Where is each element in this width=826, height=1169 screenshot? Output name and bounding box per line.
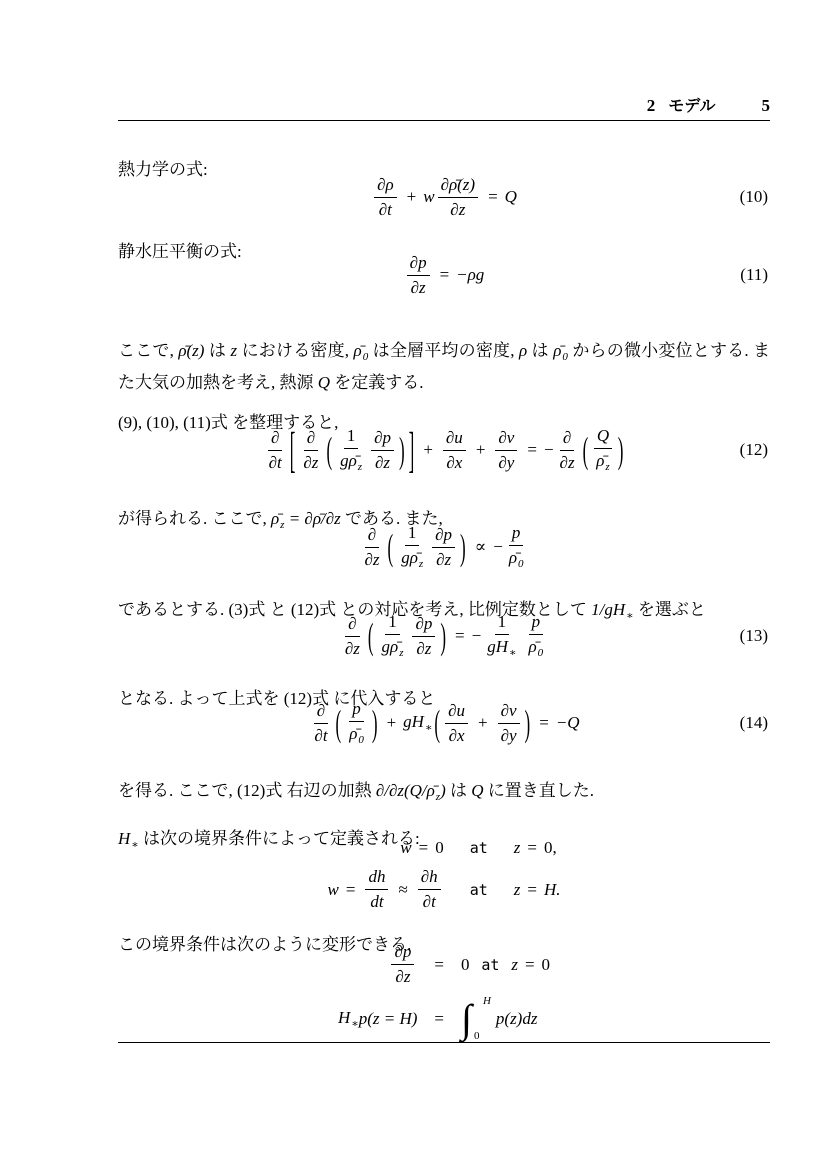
text-segment: を定義する. (330, 373, 424, 392)
fraction-numerator: ∂ (560, 428, 574, 451)
fraction: pρ̄0 (526, 612, 547, 659)
stretchy-delimiter: ( (326, 431, 332, 468)
fraction-numerator: ∂ρ̄(z) (438, 175, 479, 198)
stretchy-delimiter: ) (460, 528, 466, 565)
math-token: at (470, 881, 488, 899)
equation-cell: z=0, (514, 838, 557, 858)
math-token: p(z = H) (359, 1009, 418, 1029)
delimited-expression: (pρ̄0) (334, 699, 380, 746)
math-token: ∂z (303, 453, 318, 472)
stretchy-delimiter: ) (618, 431, 624, 468)
math-token: ∂z (436, 550, 451, 569)
math-token: ∂x (446, 453, 462, 472)
fraction-numerator: ∂v (498, 701, 520, 724)
inline-math: Q (471, 781, 483, 800)
text-segment: は (204, 341, 230, 360)
stretchy-delimiter: ( (388, 528, 394, 565)
inline-math: ρ̄0 (553, 341, 568, 360)
math-token: 0 (435, 838, 444, 858)
text-segment: は (527, 341, 553, 360)
math-token: ρ̄z (596, 451, 609, 470)
fraction-numerator: ∂p (371, 428, 394, 451)
equation-boundary-conditions: w=0atz=0,w=dhdt≈∂h∂tatz=H. (118, 838, 770, 912)
stretchy-delimiter: ( (336, 704, 342, 741)
fraction: ∂u∂x (443, 428, 466, 472)
inline-math: ∂/∂z(Q/ρ̄z (376, 781, 440, 800)
fraction-denominator: ∂z (300, 451, 321, 473)
text-segment: は (446, 781, 472, 800)
math-token: 1 (498, 612, 507, 631)
math-token: ∂z (395, 967, 410, 986)
fraction-numerator: ∂p (391, 942, 414, 965)
math-token: ∂t (314, 726, 327, 745)
equation-cell: at (470, 839, 488, 857)
delimited-expression: [∂∂z(1gρ̄z∂p∂z)] (288, 426, 417, 473)
math-token: ∂x (449, 726, 465, 745)
stretchy-delimiter: ) (372, 704, 378, 741)
math-token: 1 (388, 612, 397, 631)
equation-number: (14) (740, 713, 768, 733)
delimited-expression: (Qρ̄z) (581, 426, 626, 473)
inline-math: ρ̄0 (354, 341, 369, 360)
stretchy-delimiter: ) (440, 617, 446, 654)
math-operator: ≈ (398, 880, 407, 900)
fraction: 1gρ̄z (337, 426, 365, 473)
delimited-expression: (1gρ̄z∂p∂z) (386, 523, 468, 570)
math-token: ∂y (498, 453, 514, 472)
fraction-numerator: ∂p (412, 614, 435, 637)
math-operator: = (419, 838, 429, 858)
equation-body: ∂p∂z=−ρg (404, 253, 485, 297)
math-token: ∂p (415, 614, 432, 633)
math-token: 0 (542, 955, 551, 975)
math-token: ∂v (501, 701, 517, 720)
subscript: z (419, 558, 423, 570)
fraction-numerator: p (509, 523, 524, 546)
equation-number: (12) (740, 440, 768, 460)
math-token: ∂t (269, 453, 282, 472)
aligned-equations: ∂p∂z=0atz=0H∗p(z = H)=∫H0p(z)dz (338, 942, 550, 1041)
fraction: ∂h∂t (418, 867, 441, 911)
equation-cell: H∗p(z = H) (338, 1008, 417, 1030)
text-segment: は全層平均の密度, (368, 341, 519, 360)
delimited-group: pρ̄0 (343, 699, 370, 746)
fraction-denominator: ∂z (361, 548, 382, 570)
delimited-group: ∂∂z(1gρ̄z∂p∂z) (297, 426, 406, 473)
math-token: ∂z (560, 453, 575, 472)
aligned-equations: w=0atz=0,w=dhdt≈∂h∂tatz=H. (328, 838, 561, 911)
math-operator: = (440, 265, 450, 285)
subscript: ∗ (509, 647, 516, 659)
fraction-denominator: ∂z (392, 965, 413, 987)
math-operator: = (539, 713, 549, 733)
fraction-numerator: ∂ρ (374, 175, 397, 198)
equation-cell: at (470, 881, 488, 899)
math-token: at (470, 839, 488, 857)
fraction-denominator: ∂t (266, 451, 285, 473)
math-operator: = (527, 440, 537, 460)
delimited-group: 1gρ̄z∂p∂z (395, 523, 458, 570)
math-token: ∂z (345, 639, 360, 658)
equation-cell: ∫H0p(z)dz (461, 996, 537, 1042)
fraction-numerator: Q (594, 426, 612, 449)
equation-cell: ∂p∂z (388, 942, 417, 986)
fraction-denominator: ∂x (443, 451, 465, 473)
math-token: H∗ (338, 1008, 359, 1030)
math-operator: = (346, 880, 356, 900)
stretchy-delimiter: ( (434, 704, 440, 741)
math-token: − (472, 626, 482, 646)
equation-cell: = (427, 955, 451, 975)
equation-number: (10) (740, 187, 768, 207)
fraction: ∂∂z (361, 525, 382, 569)
math-token: ∂t (423, 892, 436, 911)
math-token: ∂ (348, 614, 356, 633)
math-token: ∂ (307, 428, 315, 447)
subscript: ∗ (425, 722, 432, 734)
math-token: ∂z (375, 453, 390, 472)
fraction-numerator: 1 (385, 612, 400, 635)
fraction-denominator: ∂t (420, 890, 439, 912)
fraction: ∂ρ̄(z)∂z (438, 175, 479, 219)
fraction-denominator: ρ̄0 (506, 546, 527, 571)
delimited-expression: (1gρ̄z∂p∂z) (324, 426, 406, 473)
math-operator: ∝ (475, 537, 487, 557)
fraction-numerator: 1 (495, 612, 510, 635)
fraction: Qρ̄z (593, 426, 612, 473)
fraction-denominator: ∂z (342, 637, 363, 659)
math-token: ∂z (411, 278, 426, 297)
stretchy-delimiter: ) (525, 704, 531, 741)
fraction-denominator: dt (367, 890, 386, 912)
equation-cell: w=dhdt≈∂h∂t (328, 867, 444, 911)
equation-13: ∂∂z(1gρ̄z∂p∂z)=−1gH∗pρ̄0(13) (118, 606, 770, 666)
fraction-denominator: ρ̄z (593, 449, 612, 474)
fraction: ∂ρ∂t (374, 175, 397, 219)
fraction-numerator: ∂v (495, 428, 517, 451)
math-token: ∂h (421, 867, 438, 886)
math-token: dt (370, 892, 383, 911)
math-token: ∂z (416, 639, 431, 658)
inline-math: ρ̄(z) (178, 341, 204, 360)
math-token: dh (368, 867, 385, 886)
math-token: gH∗ (487, 637, 516, 656)
equation-cell: 0atz=0 (461, 955, 550, 975)
fraction-numerator: ∂ (268, 428, 282, 451)
fraction-numerator: dh (365, 867, 388, 890)
fraction-numerator: 1 (344, 426, 359, 449)
math-operator: = (434, 955, 444, 975)
math-token: ∂u (446, 428, 463, 447)
section-number: 2 (647, 96, 656, 116)
fraction-denominator: ∂t (376, 198, 395, 220)
fraction-denominator: ∂x (446, 724, 468, 746)
math-token: −ρg (456, 265, 484, 285)
math-token: ∂y (501, 726, 517, 745)
math-token: ∂ (563, 428, 571, 447)
math-operator: + (387, 713, 397, 733)
fraction-numerator: ∂u (443, 428, 466, 451)
equation-proportional: ∂∂z(1gρ̄z∂p∂z)∝−pρ̄0 (118, 518, 770, 576)
fraction-denominator: ∂y (498, 724, 520, 746)
equation-number: (13) (740, 626, 768, 646)
math-operator: + (423, 440, 433, 460)
integral-sign: ∫ (461, 999, 472, 1039)
equation-11: ∂p∂z=−ρg(11) (118, 252, 770, 298)
math-operator: = (434, 1009, 444, 1029)
math-token: −Q (556, 713, 580, 733)
fraction-numerator: ∂u (445, 701, 468, 724)
fraction-numerator: ∂h (418, 867, 441, 890)
integral-upper-limit: H (483, 996, 491, 1007)
math-token: 1 (347, 426, 356, 445)
math-operator: + (478, 713, 488, 733)
subscript: 0 (358, 734, 364, 746)
equation-body: ∂∂z(1gρ̄z∂p∂z)=−1gH∗pρ̄0 (339, 612, 549, 659)
fraction-denominator: ∂z (447, 198, 468, 220)
integral-limits: H0 (474, 996, 491, 1042)
fraction: pρ̄0 (346, 699, 367, 746)
math-token: gH∗ (403, 712, 432, 734)
math-operator: = (455, 626, 465, 646)
stretchy-delimiter: [ (290, 425, 296, 474)
fraction-denominator: ∂y (495, 451, 517, 473)
fraction: ∂p∂z (391, 942, 414, 986)
subscript: ∗ (351, 1018, 358, 1030)
math-operator: = (527, 880, 537, 900)
integral: ∫H0 (461, 996, 491, 1042)
fraction: ∂u∂x (445, 701, 468, 745)
paragraph-definitions: ここで, ρ̄(z) は z における密度, ρ̄0 は全層平均の密度, ρ は… (118, 338, 770, 396)
stretchy-delimiter: ) (399, 431, 405, 468)
math-token: ∂p (410, 253, 427, 272)
math-token: w (400, 838, 411, 858)
subscript: z (358, 461, 362, 473)
math-operator: + (407, 187, 417, 207)
math-operator: = (525, 955, 535, 975)
stretchy-delimiter: ( (368, 617, 374, 654)
math-token: ∂p (374, 428, 391, 447)
fraction-denominator: ∂t (311, 724, 330, 746)
math-token: z (514, 838, 521, 858)
math-token: p (352, 699, 361, 718)
math-token: ρ̄0 (509, 548, 524, 567)
delimited-group: 1gρ̄z∂p∂z (334, 426, 397, 473)
fraction: ∂∂t (311, 701, 330, 745)
math-token: ∂ρ̄(z) (441, 175, 476, 194)
math-token: ∂ρ (377, 175, 394, 194)
equation-12: ∂∂t[∂∂z(1gρ̄z∂p∂z)]+∂u∂x+∂v∂y=−∂∂z(Qρ̄z)… (118, 418, 770, 482)
math-token: ∂z (450, 200, 465, 219)
equation-body: ∂ρ∂t+w∂ρ̄(z)∂z=Q (371, 175, 517, 219)
text-segment: に置き直した. (484, 781, 595, 800)
fraction-denominator: ∂z (557, 451, 578, 473)
fraction-denominator: gρ̄z (337, 449, 365, 474)
equation-cell: w=0 (400, 838, 443, 858)
subscript: z (399, 647, 403, 659)
paper-page: 2 モデル 5 熱力学の式: ∂ρ∂t+w∂ρ̄(z)∂z=Q(10) 静水圧平… (0, 0, 826, 1169)
fraction: dhdt (365, 867, 388, 911)
subscript: z (605, 461, 609, 473)
math-token: ∂v (498, 428, 514, 447)
math-operator: = (488, 187, 498, 207)
equation-14: ∂∂t(pρ̄0)+gH∗(∂u∂x+∂v∂y)=−Q(14) (118, 694, 770, 752)
math-token: z (514, 880, 521, 900)
fraction: ∂p∂z (371, 428, 394, 472)
inline-math: Q (318, 373, 330, 392)
page-number: 5 (762, 96, 771, 116)
fraction: 1gρ̄z (379, 612, 407, 659)
equation-cell: z=H. (514, 880, 561, 900)
math-token: p(z)dz (496, 1009, 538, 1029)
equation-body: ∂∂z(1gρ̄z∂p∂z)∝−pρ̄0 (358, 523, 529, 570)
fraction-numerator: p (529, 612, 544, 635)
fraction-denominator: gH∗ (484, 635, 519, 660)
fraction-denominator: ρ̄0 (526, 635, 547, 660)
fraction: 1gρ̄z (398, 523, 426, 570)
delimited-group: ∂u∂x+∂v∂y (442, 701, 522, 745)
fraction: ∂∂t (266, 428, 285, 472)
fraction-numerator: ∂p (407, 253, 430, 276)
fraction-numerator: ∂ (304, 428, 318, 451)
math-token: gρ̄z (340, 451, 362, 470)
math-token: Q (597, 426, 609, 445)
fraction: ∂p∂z (432, 525, 455, 569)
math-operator: = (527, 838, 537, 858)
fraction-numerator: ∂ (314, 701, 328, 724)
paragraph-heating-note: を得る. ここで, (12)式 右辺の加熱 ∂/∂z(Q/ρ̄z) は Q に置… (118, 778, 770, 810)
math-token: − (544, 440, 554, 460)
equation-final-pair: ∂p∂z=0atz=0H∗p(z = H)=∫H0p(z)dz (118, 944, 770, 1040)
math-token: w (328, 880, 339, 900)
math-token: gρ̄z (382, 637, 404, 656)
equation-number: (11) (740, 265, 768, 285)
text-segment: における密度, (237, 341, 353, 360)
equation-cell: = (427, 1009, 451, 1029)
stretchy-delimiter: ] (409, 425, 415, 474)
math-token: p (512, 523, 521, 542)
integral-lower-limit: 0 (474, 1031, 491, 1042)
fraction: pρ̄0 (506, 523, 527, 570)
fraction-denominator: ∂z (372, 451, 393, 473)
delimited-group: Qρ̄z (590, 426, 615, 473)
fraction-numerator: ∂p (432, 525, 455, 548)
math-token: gρ̄z (401, 548, 423, 567)
math-token: at (481, 956, 499, 974)
text-segment: を得る. ここで, (12)式 右辺の加熱 (118, 781, 376, 800)
math-token: 1 (408, 523, 417, 542)
text-segment: ここで, (118, 341, 178, 360)
math-token: Q (505, 187, 517, 207)
delimited-expression: (1gρ̄z∂p∂z) (366, 612, 448, 659)
delimited-expression: (∂u∂x+∂v∂y) (432, 701, 532, 745)
fraction: ∂p∂z (407, 253, 430, 297)
math-token: ∂t (379, 200, 392, 219)
fraction-numerator: ∂ (365, 525, 379, 548)
math-token: ∂ (271, 428, 279, 447)
math-token: − (493, 537, 503, 557)
math-token: 0, (544, 838, 557, 858)
fraction-denominator: ∂z (413, 637, 434, 659)
fraction-denominator: ∂z (433, 548, 454, 570)
math-token: ρ̄0 (529, 637, 544, 656)
math-token: ∂p (435, 525, 452, 544)
fraction-numerator: ∂ (345, 614, 359, 637)
fraction-denominator: ∂z (408, 276, 429, 298)
stretchy-delimiter: ( (583, 431, 589, 468)
math-operator: + (476, 440, 486, 460)
subscript: 0 (518, 558, 524, 570)
fraction: 1gH∗ (484, 612, 519, 659)
delimited-group: 1gρ̄z∂p∂z (376, 612, 439, 659)
math-token: z (511, 955, 518, 975)
equation-10: ∂ρ∂t+w∂ρ̄(z)∂z=Q(10) (118, 172, 770, 222)
equation-body: ∂∂t[∂∂z(1gρ̄z∂p∂z)]+∂u∂x+∂v∂y=−∂∂z(Qρ̄z) (263, 426, 626, 473)
math-token: ∂p (394, 942, 411, 961)
math-token: ρ̄0 (349, 724, 364, 743)
fraction: ∂v∂y (498, 701, 520, 745)
math-token: ∂ (317, 701, 325, 720)
fraction: ∂∂z (300, 428, 321, 472)
footer-rule (118, 1042, 770, 1043)
math-token: H. (544, 880, 561, 900)
fraction-numerator: p (349, 699, 364, 722)
equation-body: ∂∂t(pρ̄0)+gH∗(∂u∂x+∂v∂y)=−Q (308, 699, 579, 746)
fraction-denominator: gρ̄z (379, 635, 407, 660)
fraction-denominator: ρ̄0 (346, 722, 367, 747)
math-token: ∂u (448, 701, 465, 720)
subscript: 0 (538, 647, 544, 659)
math-token: ∂z (364, 550, 379, 569)
fraction: ∂p∂z (412, 614, 435, 658)
fraction: ∂∂z (342, 614, 363, 658)
fraction: ∂v∂y (495, 428, 517, 472)
math-token: p (532, 612, 541, 631)
inline-math: ρ (519, 341, 527, 360)
fraction: ∂∂z (557, 428, 578, 472)
section-title: モデル (668, 97, 715, 117)
math-token: ∂ (368, 525, 376, 544)
page-header: 2 モデル 5 (118, 96, 770, 121)
math-token: w (423, 187, 434, 207)
fraction-denominator: gρ̄z (398, 546, 426, 571)
math-token: 0 (461, 955, 470, 975)
fraction-numerator: 1 (405, 523, 420, 546)
